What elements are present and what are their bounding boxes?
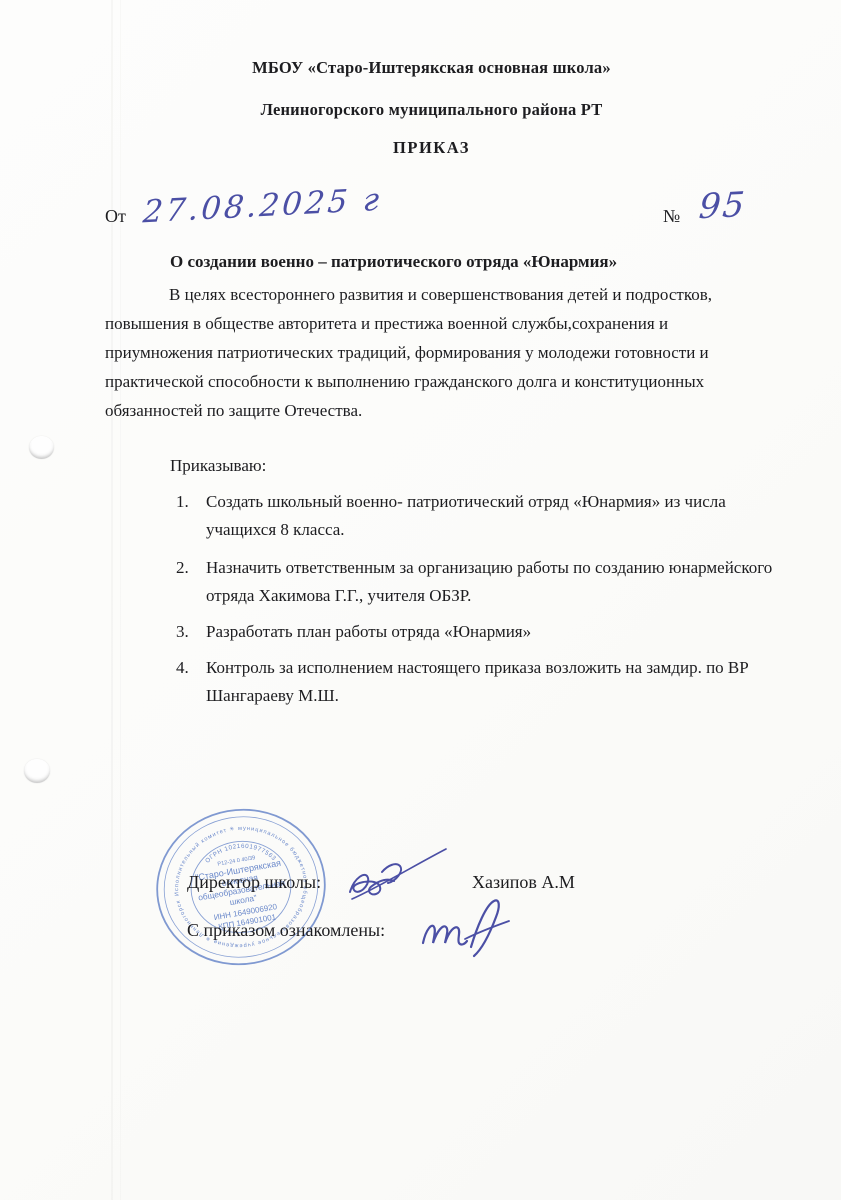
scanned-order-page: { "doc": { "header": { "org_line1": "МБО… [0, 0, 841, 1200]
punch-hole-icon [29, 436, 54, 459]
date-label: От [105, 206, 126, 227]
item-line: Назначить ответственным за организацию р… [206, 554, 772, 582]
director-name: Хазипов А.М [472, 872, 575, 893]
order-item: 1. Создать школьный военно- патриотическ… [176, 488, 726, 544]
preamble-line: приумножения патриотических традиций, фо… [105, 338, 712, 367]
ack-signature-icon [413, 893, 528, 968]
preamble-line: В целях всестороннего развития и соверше… [105, 280, 712, 309]
order-item: 2. Назначить ответственным за организаци… [176, 554, 772, 610]
item-line: Разработать план работы отряда «Юнармия» [206, 618, 531, 646]
doc-type-title: ПРИКАЗ [0, 138, 841, 158]
org-name-line: МБОУ «Старо-Иштерякская основная школа» [0, 58, 841, 78]
item-line: отряда Хакимова Г.Г., учителя ОБЗР. [206, 582, 772, 610]
number-handwritten: 95 [697, 185, 748, 228]
item-number: 2. [176, 554, 189, 582]
item-line: Создать школьный военно- патриотический … [206, 488, 726, 516]
preamble-line: обязанностей по защите Отечества. [105, 396, 712, 425]
item-number: 4. [176, 654, 189, 682]
preamble: В целях всестороннего развития и соверше… [105, 280, 712, 425]
item-number: 3. [176, 618, 189, 646]
item-number: 1. [176, 488, 189, 516]
item-line: учащихся 8 класса. [206, 516, 726, 544]
preamble-line: практической способности к выполнению гр… [105, 367, 712, 396]
order-item: 4. Контроль за исполнением настоящего пр… [176, 654, 749, 710]
district-line: Лениногорского муниципального района РТ [0, 100, 841, 120]
scan-streak [120, 0, 121, 1200]
item-line: Контроль за исполнением настоящего прика… [206, 654, 749, 682]
subject-line: О создании военно – патриотического отря… [170, 252, 617, 272]
preamble-line: повышения в обществе авторитета и прести… [105, 309, 712, 338]
order-intro: Приказываю: [170, 456, 266, 476]
date-handwritten: 27.08.2025 г [142, 182, 384, 231]
scan-streak [111, 0, 113, 1200]
ack-label: С приказом ознакомлены: [187, 920, 385, 941]
punch-hole-icon [24, 759, 50, 783]
order-item: 3. Разработать план работы отряда «Юнарм… [176, 618, 531, 646]
number-label: № [663, 206, 680, 227]
item-line: Шангараеву М.Ш. [206, 682, 749, 710]
director-label: Директор школы: [187, 872, 321, 893]
